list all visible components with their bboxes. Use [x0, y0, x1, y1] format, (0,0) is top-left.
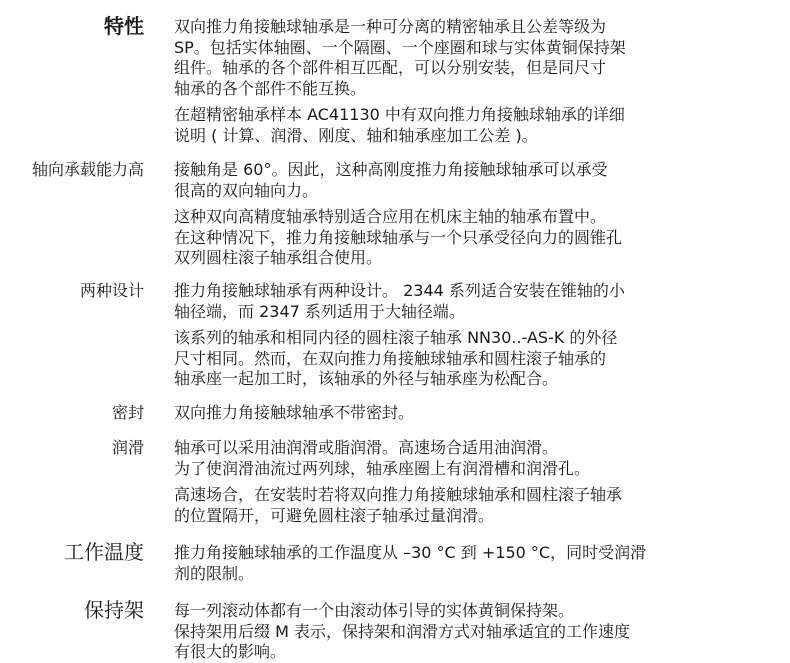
paragraph: 推力角接触球轴承的工作温度从 –30 °C 到 +150 °C，同时受润滑 剂的…: [174, 543, 694, 584]
text-line: 双向推力角接触球轴承是一种可分离的精密轴承且公差等级为: [174, 17, 606, 36]
section-label: 保持架: [84, 598, 144, 622]
paragraph: 这种双向高精度轴承特别适合应用在机床主轴的轴承布置中。 在这种情况下，推力角接触…: [174, 207, 694, 269]
paragraph: 双向推力角接触球轴承是一种可分离的精密轴承且公差等级为 SP。包括实体轴圈、一个…: [174, 17, 694, 99]
text-line: 有很大的影响。: [174, 642, 286, 661]
text-line: 组件。轴承的各个部件相互匹配，可以分别安装，但是同尺寸: [174, 58, 606, 77]
paragraph: 接触角是 60°。因此，这种高刚度推力角接触球轴承可以承受 很高的双向轴向力。: [174, 160, 694, 201]
section-body: 每一列滚动体都有一个由滚动体引导的实体黄铜保持架。 保持架用后缀 M 表示，保持…: [174, 601, 694, 663]
section-label: 轴向承载能力高: [32, 160, 144, 180]
section-label: 密封: [112, 403, 144, 423]
text-line: 该系列的轴承和相同内径的圆柱滚子轴承 NN30..-AS-K 的外径: [174, 328, 617, 347]
text-line: 轴径端，而 2347 系列适用于大轴径端。: [174, 302, 465, 321]
section-label: 两种设计: [80, 281, 144, 301]
text-line: 推力角接触球轴承有两种设计。 2344 系列适合安装在锥轴的小: [174, 281, 625, 300]
section-body: 接触角是 60°。因此，这种高刚度推力角接触球轴承可以承受 很高的双向轴向力。 …: [174, 160, 694, 275]
paragraph: 每一列滚动体都有一个由滚动体引导的实体黄铜保持架。 保持架用后缀 M 表示，保持…: [174, 601, 694, 663]
text-line: SP。包括实体轴圈、一个隔圈、一个座圈和球与实体黄铜保持架: [174, 38, 626, 57]
text-line: 轴承的各个部件不能互换。: [174, 79, 366, 98]
text-line: 轴承座一起加工时，该轴承的外径与轴承座为松配合。: [174, 369, 558, 388]
text-line: 为了使润滑油流过两列球，轴承座圈上有润滑槽和润滑孔。: [174, 459, 590, 478]
paragraph: 高速场合，在安装时若将双向推力角接触球轴承和圆柱滚子轴承 的位置隔开，可避免圆柱…: [174, 485, 694, 526]
text-line: 保持架用后缀 M 表示，保持架和润滑方式对轴承适宜的工作速度: [174, 622, 630, 641]
text-line: 推力角接触球轴承的工作温度从 –30 °C 到 +150 °C，同时受润滑: [174, 543, 646, 562]
paragraph: 轴承可以采用油润滑或脂润滑。高速场合适用油润滑。 为了使润滑油流过两列球，轴承座…: [174, 438, 694, 479]
paragraph: 在超精密轴承样本 AC41130 中有双向推力角接触球轴承的详细 说明 ( 计算…: [174, 105, 694, 146]
text-line: 高速场合，在安装时若将双向推力角接触球轴承和圆柱滚子轴承: [174, 485, 622, 504]
section-label: 特性: [104, 14, 144, 38]
text-line: 轴承可以采用油润滑或脂润滑。高速场合适用油润滑。: [174, 438, 558, 457]
text-line: 双向推力角接触球轴承不带密封。: [174, 403, 414, 422]
text-line: 剂的限制。: [174, 564, 254, 583]
section-body: 推力角接触球轴承有两种设计。 2344 系列适合安装在锥轴的小 轴径端，而 23…: [174, 281, 694, 396]
section-label: 润滑: [112, 438, 144, 458]
text-line: 每一列滚动体都有一个由滚动体引导的实体黄铜保持架。: [174, 601, 574, 620]
text-line: 很高的双向轴向力。: [174, 181, 318, 200]
text-line: 说明 ( 计算、润滑、刚度、轴和轴承座加工公差 )。: [174, 126, 538, 145]
section-body: 双向推力角接触球轴承是一种可分离的精密轴承且公差等级为 SP。包括实体轴圈、一个…: [174, 17, 694, 152]
text-line: 双列圆柱滚子轴承组合使用。: [174, 248, 382, 267]
paragraph: 双向推力角接触球轴承不带密封。: [174, 403, 694, 424]
section-body: 推力角接触球轴承的工作温度从 –30 °C 到 +150 °C，同时受润滑 剂的…: [174, 543, 694, 590]
section-body: 轴承可以采用油润滑或脂润滑。高速场合适用油润滑。 为了使润滑油流过两列球，轴承座…: [174, 438, 694, 532]
section-body: 双向推力角接触球轴承不带密封。: [174, 403, 694, 430]
text-line: 这种双向高精度轴承特别适合应用在机床主轴的轴承布置中。: [174, 207, 606, 226]
paragraph: 该系列的轴承和相同内径的圆柱滚子轴承 NN30..-AS-K 的外径 尺寸相同。…: [174, 328, 694, 390]
text-line: 尺寸相同。然而，在双向推力角接触球轴承和圆柱滚子轴承的: [174, 349, 606, 368]
text-line: 接触角是 60°。因此，这种高刚度推力角接触球轴承可以承受: [174, 160, 607, 179]
paragraph: 推力角接触球轴承有两种设计。 2344 系列适合安装在锥轴的小 轴径端，而 23…: [174, 281, 694, 322]
text-line: 在这种情况下，推力角接触球轴承与一个只承受径向力的圆锥孔: [174, 228, 622, 247]
text-line: 的位置隔开，可避免圆柱滚子轴承过量润滑。: [174, 506, 494, 525]
section-label: 工作温度: [64, 540, 144, 564]
text-line: 在超精密轴承样本 AC41130 中有双向推力角接触球轴承的详细: [174, 105, 625, 124]
bearing-spec-document: 特性 双向推力角接触球轴承是一种可分离的精密轴承且公差等级为 SP。包括实体轴圈…: [0, 0, 790, 663]
